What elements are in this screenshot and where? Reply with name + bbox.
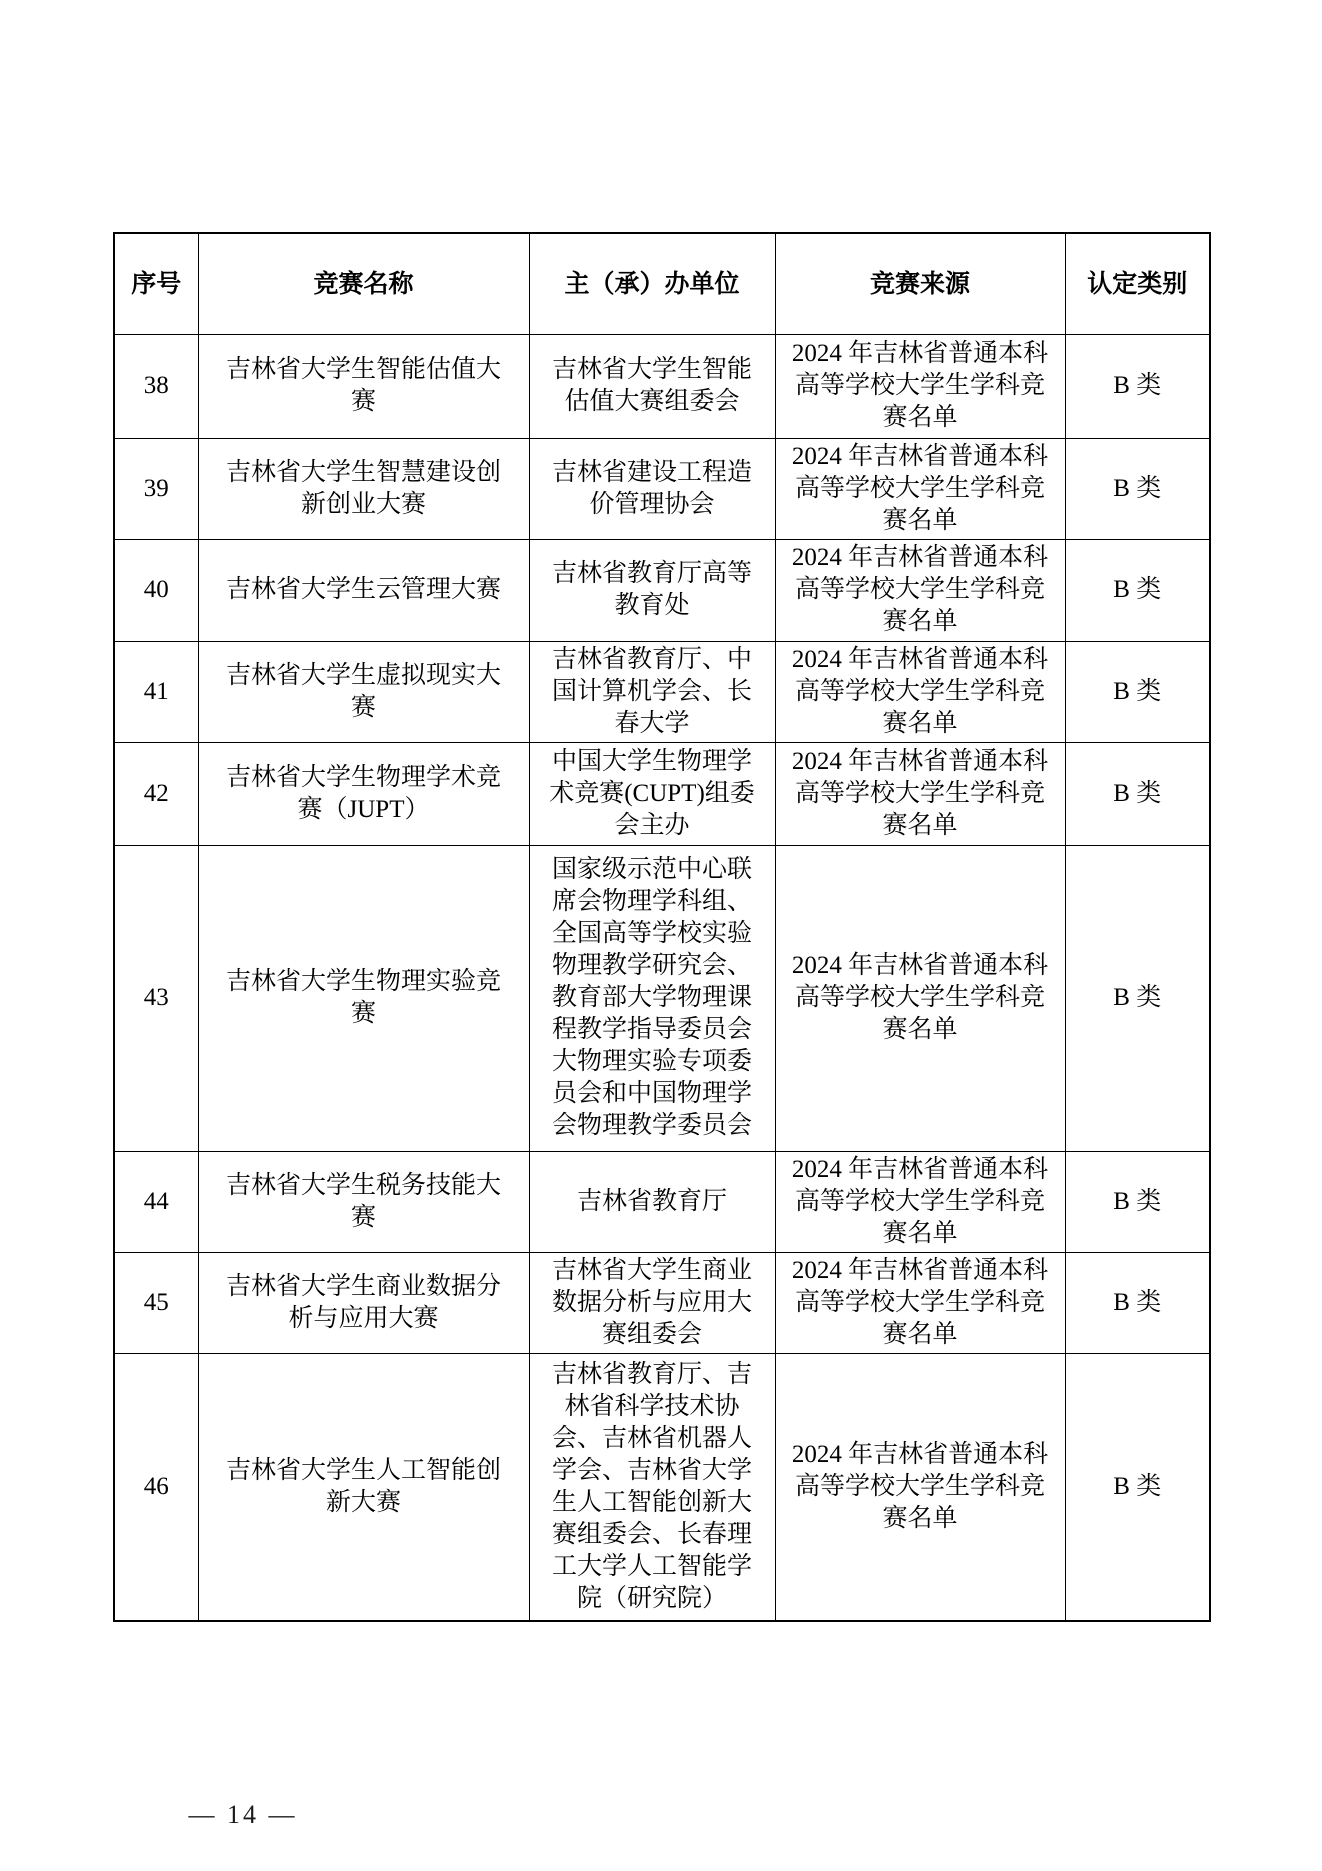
competition-name-cell: 吉林省大学生人工智能创新大赛: [198, 1353, 529, 1621]
source-cell: 2024 年吉林省普通本科高等学校大学生学科竞赛名单: [775, 1151, 1065, 1252]
category-cell: B 类: [1065, 641, 1210, 742]
table-row: 44 吉林省大学生税务技能大赛 吉林省教育厅 2024 年吉林省普通本科高等学校…: [114, 1151, 1210, 1252]
table-header-row: 序号 竞赛名称 主（承）办单位 竞赛来源 认定类别: [114, 233, 1210, 334]
category-cell: B 类: [1065, 1252, 1210, 1353]
competition-name-cell: 吉林省大学生商业数据分析与应用大赛: [198, 1252, 529, 1353]
competition-name-cell: 吉林省大学生物理学术竞赛（JUPT）: [198, 742, 529, 845]
header-name: 竞赛名称: [198, 233, 529, 334]
source-cell: 2024 年吉林省普通本科高等学校大学生学科竞赛名单: [775, 641, 1065, 742]
table-row: 43 吉林省大学生物理实验竞赛 国家级示范中心联席会物理学科组、全国高等学校实验…: [114, 845, 1210, 1151]
row-no-cell: 46: [114, 1353, 198, 1621]
row-no-cell: 42: [114, 742, 198, 845]
source-cell: 2024 年吉林省普通本科高等学校大学生学科竞赛名单: [775, 742, 1065, 845]
table-row: 40 吉林省大学生云管理大赛 吉林省教育厅高等教育处 2024 年吉林省普通本科…: [114, 539, 1210, 641]
organizer-cell: 吉林省教育厅: [529, 1151, 775, 1252]
row-no-cell: 41: [114, 641, 198, 742]
table-row: 45 吉林省大学生商业数据分析与应用大赛 吉林省大学生商业数据分析与应用大赛组委…: [114, 1252, 1210, 1353]
category-cell: B 类: [1065, 334, 1210, 438]
source-cell: 2024 年吉林省普通本科高等学校大学生学科竞赛名单: [775, 438, 1065, 539]
row-no-cell: 45: [114, 1252, 198, 1353]
source-cell: 2024 年吉林省普通本科高等学校大学生学科竞赛名单: [775, 1353, 1065, 1621]
organizer-cell: 吉林省教育厅、中国计算机学会、长春大学: [529, 641, 775, 742]
organizer-cell: 中国大学生物理学术竞赛(CUPT)组委会主办: [529, 742, 775, 845]
table-row: 39 吉林省大学生智慧建设创新创业大赛 吉林省建设工程造价管理协会 2024 年…: [114, 438, 1210, 539]
header-no: 序号: [114, 233, 198, 334]
competition-name-cell: 吉林省大学生税务技能大赛: [198, 1151, 529, 1252]
category-cell: B 类: [1065, 742, 1210, 845]
table-row: 41 吉林省大学生虚拟现实大赛 吉林省教育厅、中国计算机学会、长春大学 2024…: [114, 641, 1210, 742]
competition-table: 序号 竞赛名称 主（承）办单位 竞赛来源 认定类别 38 吉林省大学生智能估值大…: [113, 232, 1211, 1622]
source-cell: 2024 年吉林省普通本科高等学校大学生学科竞赛名单: [775, 1252, 1065, 1353]
category-cell: B 类: [1065, 1151, 1210, 1252]
organizer-cell: 吉林省建设工程造价管理协会: [529, 438, 775, 539]
header-source: 竞赛来源: [775, 233, 1065, 334]
competition-name-cell: 吉林省大学生云管理大赛: [198, 539, 529, 641]
table-row: 42 吉林省大学生物理学术竞赛（JUPT） 中国大学生物理学术竞赛(CUPT)组…: [114, 742, 1210, 845]
organizer-cell: 吉林省教育厅、吉林省科学技术协会、吉林省机器人学会、吉林省大学生人工智能创新大赛…: [529, 1353, 775, 1621]
source-cell: 2024 年吉林省普通本科高等学校大学生学科竞赛名单: [775, 334, 1065, 438]
document-page: 序号 竞赛名称 主（承）办单位 竞赛来源 认定类别 38 吉林省大学生智能估值大…: [0, 0, 1322, 1871]
competition-name-cell: 吉林省大学生智能估值大赛: [198, 334, 529, 438]
organizer-cell: 吉林省教育厅高等教育处: [529, 539, 775, 641]
row-no-cell: 38: [114, 334, 198, 438]
competition-name-cell: 吉林省大学生智慧建设创新创业大赛: [198, 438, 529, 539]
category-cell: B 类: [1065, 1353, 1210, 1621]
category-cell: B 类: [1065, 539, 1210, 641]
organizer-cell: 吉林省大学生商业数据分析与应用大赛组委会: [529, 1252, 775, 1353]
organizer-cell: 国家级示范中心联席会物理学科组、全国高等学校实验物理教学研究会、教育部大学物理课…: [529, 845, 775, 1151]
table-row: 38 吉林省大学生智能估值大赛 吉林省大学生智能估值大赛组委会 2024 年吉林…: [114, 334, 1210, 438]
source-cell: 2024 年吉林省普通本科高等学校大学生学科竞赛名单: [775, 539, 1065, 641]
header-organizer: 主（承）办单位: [529, 233, 775, 334]
row-no-cell: 44: [114, 1151, 198, 1252]
source-cell: 2024 年吉林省普通本科高等学校大学生学科竞赛名单: [775, 845, 1065, 1151]
competition-name-cell: 吉林省大学生物理实验竞赛: [198, 845, 529, 1151]
category-cell: B 类: [1065, 845, 1210, 1151]
organizer-cell: 吉林省大学生智能估值大赛组委会: [529, 334, 775, 438]
row-no-cell: 39: [114, 438, 198, 539]
category-cell: B 类: [1065, 438, 1210, 539]
page-number: — 14 —: [148, 1800, 338, 1830]
row-no-cell: 40: [114, 539, 198, 641]
header-category: 认定类别: [1065, 233, 1210, 334]
row-no-cell: 43: [114, 845, 198, 1151]
competition-name-cell: 吉林省大学生虚拟现实大赛: [198, 641, 529, 742]
table-row: 46 吉林省大学生人工智能创新大赛 吉林省教育厅、吉林省科学技术协会、吉林省机器…: [114, 1353, 1210, 1621]
